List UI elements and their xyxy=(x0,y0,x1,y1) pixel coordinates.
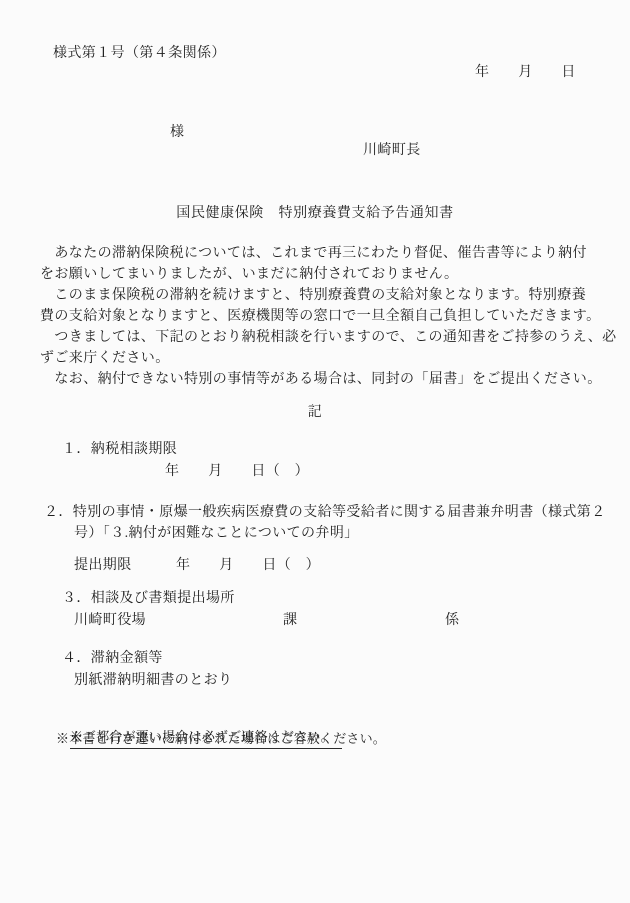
section1-heading: １．納税相談期限 xyxy=(62,440,177,460)
sender-title: 川崎町長 xyxy=(363,141,421,161)
addressee-suffix: 様 xyxy=(170,123,184,143)
section4-detail: 別紙滞納明細書のとおり xyxy=(74,671,232,691)
section3-department-blank: 課 xyxy=(283,611,297,631)
form-number: 様式第１号（第４条関係） xyxy=(53,44,226,64)
body-line: ずご来庁ください。 xyxy=(40,348,600,369)
section3-place: 川崎町役場 xyxy=(74,611,146,631)
body-paragraphs: あなたの滞納保険税については、これまで再三にわたり督促、催告書等により納付 をお… xyxy=(40,243,600,390)
section2-heading-line2: 号）「３.納付が困難なことについての弁明」 xyxy=(74,524,359,544)
note-crossed-payment: ※本書と行き違いに納付された場合はご容赦ください。 xyxy=(56,729,386,749)
section2-deadline-label: 提出期限 xyxy=(74,556,132,576)
section2-deadline-date-blank: 年 月 日（ ） xyxy=(176,556,320,576)
body-line: このまま保険税の滞納を続けますと、特別療養費の支給対象となります。特別療養 xyxy=(40,285,600,306)
document-title: 国民健康保険 特別療養費支給予告通知書 xyxy=(0,204,630,224)
body-line: あなたの滞納保険税については、これまで再三にわたり督促、催告書等により納付 xyxy=(40,243,600,264)
section1-date-blank: 年 月 日（ ） xyxy=(165,462,309,482)
section4-heading: ４．滞納金額等 xyxy=(62,649,163,669)
section2-heading-line1: ２．特別の事情・原爆一般疾病医療費の支給等受給者に関する届書兼弁明書（様式第２ xyxy=(44,503,606,523)
body-line: つきましては、下記のとおり納税相談を行いますので、この通知書をご持参のうえ、必 xyxy=(40,327,600,348)
body-line: 費の支給対象となりますと、医療機関等の窓口で一旦全額自己負担していただきます。 xyxy=(40,306,600,327)
document-page: 様式第１号（第４条関係） 年 月 日 様 川崎町長 国民健康保険 特別療養費支給… xyxy=(0,0,630,903)
section3-unit-blank: 係 xyxy=(445,611,459,631)
body-line: なお、納付できない特別の事情等がある場合は、同封の「届書」をご提出ください。 xyxy=(40,369,600,390)
section3-heading: ３．相談及び書類提出場所 xyxy=(62,589,235,609)
header-date-line: 年 月 日 xyxy=(475,63,576,83)
body-line: をお願いしてまいりましたが、いまだに納付されておりません。 xyxy=(40,264,600,285)
record-marker: 記 xyxy=(0,403,630,423)
